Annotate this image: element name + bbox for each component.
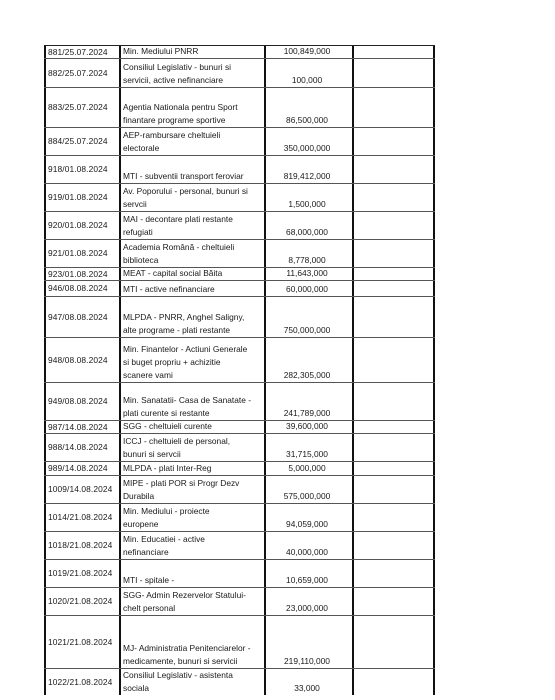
cell-number-date: 882/25.07.2024	[44, 59, 121, 87]
cell-empty	[354, 434, 435, 461]
amount-value: 40,000,000	[286, 546, 328, 559]
amount-value: 575,000,000	[284, 490, 331, 503]
cell-number-date: 1009/14.08.2024	[44, 476, 121, 503]
cell-description: MTI - active nefinanciare	[121, 281, 266, 296]
description-line: biblioteca	[123, 254, 264, 267]
cell-number-date: 946/08.08.2024	[44, 281, 121, 296]
cell-empty	[354, 46, 435, 58]
cell-amount: 33,000	[266, 669, 354, 695]
cell-description: Min. Mediului - proiecteeuropene	[121, 504, 266, 531]
cell-empty	[354, 281, 435, 296]
description-line: Academia Română - cheltuieli	[123, 241, 264, 254]
table-row: 920/01.08.2024MAI - decontare plati rest…	[44, 211, 435, 239]
description-line: Min. Finantelor - Actiuni Generale	[123, 343, 264, 356]
cell-empty	[354, 128, 435, 155]
amount-value: 68,000,000	[286, 226, 328, 239]
description-line: MJ- Administratia Penitenciarelor -	[123, 642, 264, 655]
allocations-table: 881/25.07.2024Min. Mediului PNRR100,849,…	[44, 45, 435, 695]
amount-value: 94,059,000	[286, 518, 328, 531]
cell-empty	[354, 421, 435, 433]
table-row: 947/08.08.2024MLPDA - PNRR, Anghel Salig…	[44, 296, 435, 337]
cell-description: Consiliul Legislativ - asistentasociala	[121, 669, 266, 695]
cell-amount: 282,305,000	[266, 338, 354, 382]
description-line: MTI - subventii transport feroviar	[123, 170, 264, 183]
cell-amount: 39,600,000	[266, 421, 354, 433]
description-line: Min. Educatiei - active	[123, 533, 264, 546]
cell-description: MLPDA - PNRR, Anghel Saligny,alte progra…	[121, 297, 266, 337]
amount-value: 5,000,000	[288, 462, 325, 475]
description-line: si buget propriu + achizitie	[123, 356, 264, 369]
table-row: 923/01.08.2024MEAT - capital social Băit…	[44, 267, 435, 280]
cell-empty	[354, 504, 435, 531]
cell-empty	[354, 532, 435, 559]
amount-value: 100,000	[292, 74, 322, 87]
cell-number-date: 988/14.08.2024	[44, 434, 121, 461]
table-row: 949/08.08.2024Min. Sanatatii- Casa de Sa…	[44, 382, 435, 420]
description-line: MAI - decontare plati restante	[123, 213, 264, 226]
cell-number-date: 1018/21.08.2024	[44, 532, 121, 559]
description-line: Agentia Nationala pentru Sport	[123, 101, 264, 114]
cell-description: MAI - decontare plati restanterefugiati	[121, 212, 266, 239]
table-row: 883/25.07.2024Agentia Nationala pentru S…	[44, 87, 435, 127]
table-row: 881/25.07.2024Min. Mediului PNRR100,849,…	[44, 45, 435, 58]
cell-amount: 575,000,000	[266, 476, 354, 503]
cell-empty	[354, 383, 435, 420]
cell-description: Academia Română - cheltuielibiblioteca	[121, 240, 266, 267]
description-line: bunuri si servcii	[123, 448, 264, 461]
table-row: 918/01.08.2024MTI - subventii transport …	[44, 155, 435, 183]
cell-description: Agentia Nationala pentru Sportfinantare …	[121, 88, 266, 127]
cell-number-date: 987/14.08.2024	[44, 421, 121, 433]
table-row: 948/08.08.2024Min. Finantelor - Actiuni …	[44, 337, 435, 382]
cell-description: SGG- Admin Rezervelor Statului-chelt per…	[121, 588, 266, 615]
amount-value: 86,500,000	[286, 114, 328, 127]
description-line: chelt personal	[123, 602, 264, 615]
cell-number-date: 923/01.08.2024	[44, 268, 121, 280]
cell-empty	[354, 156, 435, 183]
cell-description: MIPE - plati POR si Progr DezvDurabila	[121, 476, 266, 503]
table-row: 1019/21.08.2024MTI - spitale -10,659,000	[44, 559, 435, 587]
description-line: Consiliul Legislativ - bunuri si	[123, 61, 264, 74]
table-row: 1009/14.08.2024MIPE - plati POR si Progr…	[44, 475, 435, 503]
cell-amount: 1,500,000	[266, 184, 354, 211]
cell-empty	[354, 88, 435, 127]
cell-amount: 23,000,000	[266, 588, 354, 615]
cell-amount: 5,000,000	[266, 462, 354, 475]
table-row: 988/14.08.2024ICCJ - cheltuieli de perso…	[44, 433, 435, 461]
description-line: europene	[123, 518, 264, 531]
cell-amount: 219,110,000	[266, 616, 354, 668]
cell-amount: 819,412,000	[266, 156, 354, 183]
cell-empty	[354, 297, 435, 337]
description-line: Consiliul Legislativ - asistenta	[123, 669, 264, 682]
table-row: 1020/21.08.2024SGG- Admin Rezervelor Sta…	[44, 587, 435, 615]
cell-amount: 86,500,000	[266, 88, 354, 127]
cell-description: MEAT - capital social Băita	[121, 268, 266, 280]
description-line: medicamente, bunuri si servicii	[123, 655, 264, 668]
cell-empty	[354, 669, 435, 695]
description-line: Min. Mediului PNRR	[123, 45, 264, 58]
amount-value: 819,412,000	[284, 170, 331, 183]
cell-amount: 94,059,000	[266, 504, 354, 531]
amount-value: 241,789,000	[284, 407, 331, 420]
description-line: refugiati	[123, 226, 264, 239]
description-line: SGG- Admin Rezervelor Statului-	[123, 589, 264, 602]
amount-value: 750,000,000	[284, 324, 331, 337]
cell-amount: 241,789,000	[266, 383, 354, 420]
cell-description: Av. Poporului - personal, bunuri siservc…	[121, 184, 266, 211]
cell-empty	[354, 338, 435, 382]
description-line: SGG - cheltuieli curente	[123, 420, 264, 433]
cell-description: ICCJ - cheltuieli de personal,bunuri si …	[121, 434, 266, 461]
cell-empty	[354, 212, 435, 239]
description-line: servcii	[123, 198, 264, 211]
description-line: MTI - spitale -	[123, 574, 264, 587]
amount-value: 31,715,000	[286, 448, 328, 461]
amount-value: 60,000,000	[286, 283, 328, 296]
cell-description: MTI - spitale -	[121, 560, 266, 587]
table-row: 987/14.08.2024SGG - cheltuieli curente39…	[44, 420, 435, 433]
cell-number-date: 918/01.08.2024	[44, 156, 121, 183]
description-line: servicii, active nefinanciare	[123, 74, 264, 87]
cell-number-date: 1022/21.08.2024	[44, 669, 121, 695]
description-line: nefinanciare	[123, 546, 264, 559]
cell-amount: 11,643,000	[266, 268, 354, 280]
cell-number-date: 883/25.07.2024	[44, 88, 121, 127]
cell-amount: 10,659,000	[266, 560, 354, 587]
cell-description: MLPDA - plati Inter-Reg	[121, 462, 266, 475]
cell-empty	[354, 476, 435, 503]
table-row: 884/25.07.2024AEP-rambursare cheltuielie…	[44, 127, 435, 155]
description-line: AEP-rambursare cheltuieli	[123, 129, 264, 142]
description-line: MTI - active nefinanciare	[123, 283, 264, 296]
cell-amount: 8,778,000	[266, 240, 354, 267]
cell-number-date: 1020/21.08.2024	[44, 588, 121, 615]
cell-empty	[354, 560, 435, 587]
description-line: Av. Poporului - personal, bunuri si	[123, 185, 264, 198]
amount-value: 11,643,000	[286, 267, 327, 280]
amount-value: 1,500,000	[288, 198, 325, 211]
cell-number-date: 989/14.08.2024	[44, 462, 121, 475]
description-line: plati curente si restante	[123, 407, 264, 420]
cell-description: Min. Mediului PNRR	[121, 46, 266, 58]
cell-description: Min. Educatiei - activenefinanciare	[121, 532, 266, 559]
amount-value: 219,110,000	[284, 655, 330, 668]
description-line: MLPDA - plati Inter-Reg	[123, 462, 264, 475]
cell-amount: 40,000,000	[266, 532, 354, 559]
table-row: 921/01.08.2024Academia Română - cheltuie…	[44, 239, 435, 267]
description-line: Durabila	[123, 490, 264, 503]
cell-empty	[354, 240, 435, 267]
cell-description: SGG - cheltuieli curente	[121, 421, 266, 433]
cell-empty	[354, 268, 435, 280]
cell-number-date: 1014/21.08.2024	[44, 504, 121, 531]
amount-value: 350,000,000	[284, 142, 331, 155]
amount-value: 10,659,000	[286, 574, 328, 587]
cell-number-date: 1021/21.08.2024	[44, 616, 121, 668]
cell-description: Consiliul Legislativ - bunuri siservicii…	[121, 59, 266, 87]
description-line: MEAT - capital social Băita	[123, 267, 264, 280]
cell-number-date: 884/25.07.2024	[44, 128, 121, 155]
cell-number-date: 919/01.08.2024	[44, 184, 121, 211]
description-line: Min. Sanatatii- Casa de Sanatate -	[123, 394, 264, 407]
description-line: electorale	[123, 142, 264, 155]
description-line: ICCJ - cheltuieli de personal,	[123, 435, 264, 448]
description-line: finantare programe sportive	[123, 114, 264, 127]
amount-value: 33,000	[294, 682, 320, 695]
cell-description: MTI - subventii transport feroviar	[121, 156, 266, 183]
table-row: 1018/21.08.2024Min. Educatiei - activene…	[44, 531, 435, 559]
amount-value: 23,000,000	[286, 602, 328, 615]
cell-amount: 350,000,000	[266, 128, 354, 155]
cell-amount: 100,849,000	[266, 46, 354, 58]
table-row: 1021/21.08.2024MJ- Administratia Peniten…	[44, 615, 435, 668]
table-row: 919/01.08.2024Av. Poporului - personal, …	[44, 183, 435, 211]
cell-description: Min. Finantelor - Actiuni Generalesi bug…	[121, 338, 266, 382]
description-line: MLPDA - PNRR, Anghel Saligny,	[123, 311, 264, 324]
cell-amount: 68,000,000	[266, 212, 354, 239]
description-line: MIPE - plati POR si Progr Dezv	[123, 477, 264, 490]
amount-value: 282,305,000	[284, 369, 331, 382]
cell-description: MJ- Administratia Penitenciarelor -medic…	[121, 616, 266, 668]
cell-amount: 60,000,000	[266, 281, 354, 296]
table-row: 1014/21.08.2024Min. Mediului - proiectee…	[44, 503, 435, 531]
cell-empty	[354, 462, 435, 475]
cell-empty	[354, 588, 435, 615]
description-line: scanere vami	[123, 369, 264, 382]
description-line: sociala	[123, 682, 264, 695]
cell-amount: 750,000,000	[266, 297, 354, 337]
amount-value: 100,849,000	[284, 45, 331, 58]
cell-empty	[354, 184, 435, 211]
table-row: 1022/21.08.2024Consiliul Legislativ - as…	[44, 668, 435, 695]
amount-value: 39,600,000	[286, 420, 328, 433]
table-row: 882/25.07.2024Consiliul Legislativ - bun…	[44, 58, 435, 87]
table-row: 989/14.08.2024MLPDA - plati Inter-Reg5,0…	[44, 461, 435, 475]
description-line: Min. Mediului - proiecte	[123, 505, 264, 518]
cell-number-date: 948/08.08.2024	[44, 338, 121, 382]
cell-number-date: 947/08.08.2024	[44, 297, 121, 337]
cell-description: Min. Sanatatii- Casa de Sanatate -plati …	[121, 383, 266, 420]
cell-amount: 100,000	[266, 59, 354, 87]
cell-amount: 31,715,000	[266, 434, 354, 461]
cell-number-date: 921/01.08.2024	[44, 240, 121, 267]
cell-number-date: 949/08.08.2024	[44, 383, 121, 420]
cell-empty	[354, 59, 435, 87]
cell-number-date: 1019/21.08.2024	[44, 560, 121, 587]
cell-number-date: 881/25.07.2024	[44, 46, 121, 58]
cell-description: AEP-rambursare cheltuielielectorale	[121, 128, 266, 155]
cell-number-date: 920/01.08.2024	[44, 212, 121, 239]
description-line: alte programe - plati restante	[123, 324, 264, 337]
table-row: 946/08.08.2024MTI - active nefinanciare6…	[44, 280, 435, 296]
cell-empty	[354, 616, 435, 668]
amount-value: 8,778,000	[288, 254, 325, 267]
